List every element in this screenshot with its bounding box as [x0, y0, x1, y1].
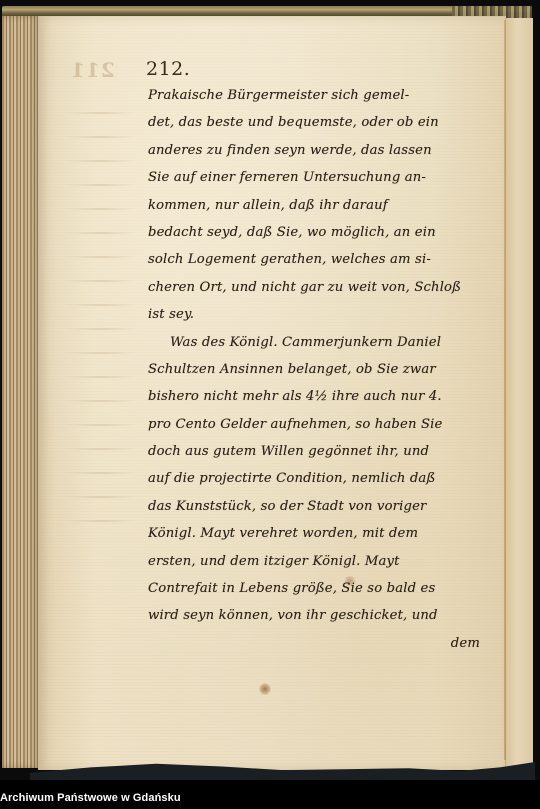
manuscript-line: bedacht seyd, daß Sie, wo möglich, an ei… [148, 219, 488, 246]
page-stack-fore-edge [2, 16, 40, 768]
manuscript-line: solch Logement gerathen, welches am si- [148, 246, 488, 273]
manuscript-line: auf die projectirte Condition, nemlich d… [148, 465, 488, 492]
manuscript-line: bishero nicht mehr als 4½ ihre auch nur … [148, 383, 488, 410]
manuscript-line: Schultzen Ansinnen belanget, ob Sie zwar [148, 356, 488, 383]
manuscript-line: Contrefait in Lebens größe, Sie so bald … [148, 575, 488, 602]
manuscript-line: ist sey. [148, 301, 208, 328]
manuscript-line: cheren Ort, und nicht gar zu weit von, S… [148, 274, 488, 301]
manuscript-line: Sie auf einer ferneren Untersuchung an- [148, 164, 488, 191]
page-right-margin [505, 18, 533, 768]
manuscript-catchword: dem [148, 630, 488, 657]
bleed-through-page-number: 211 [70, 58, 115, 82]
manuscript-line: ersten, und dem itziger Königl. Mayt [148, 548, 488, 575]
handwritten-text: Prakaische Bürgermeister sich gemel- det… [148, 82, 488, 657]
bleed-through-text [66, 90, 136, 690]
manuscript-line: anderes zu finden seyn werde, das lassen [148, 137, 488, 164]
manuscript-line: pro Cento Gelder aufnehmen, so haben Sie [148, 411, 488, 438]
page-number: 212. [146, 58, 190, 80]
manuscript-line: Königl. Mayt verehret worden, mit dem [148, 520, 488, 547]
archive-attribution: Archiwum Państwowe w Gdańsku [0, 792, 181, 804]
manuscript-line: doch aus gutem Willen gegönnet ihr, und [148, 438, 488, 465]
manuscript-line: wird seyn können, von ihr geschicket, un… [148, 602, 488, 629]
manuscript-scan: 211 212. Prakaische Bürgermeister sich g… [0, 0, 540, 780]
manuscript-line: det, das beste und bequemste, oder ob ei… [148, 109, 488, 136]
manuscript-line: das Kunststück, so der Stadt von voriger [148, 493, 488, 520]
manuscript-line: Was des Königl. Cammerjunkern Daniel [148, 329, 488, 356]
manuscript-line: Prakaische Bürgermeister sich gemel- [148, 82, 488, 109]
ink-stain-bottom [259, 683, 271, 695]
page-fold-line [504, 20, 506, 760]
manuscript-line: kommen, nur allein, daß ihr darauf [148, 192, 488, 219]
